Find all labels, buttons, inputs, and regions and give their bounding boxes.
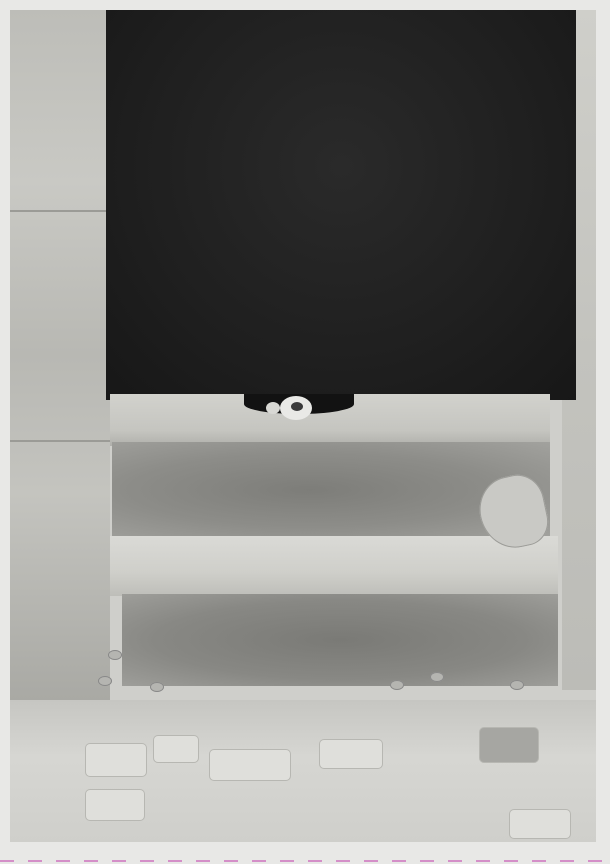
small-plant bbox=[510, 680, 524, 690]
stone-step-lower bbox=[110, 536, 558, 596]
dark-doorway bbox=[106, 10, 576, 400]
cobblestone bbox=[86, 790, 144, 820]
wall-seam bbox=[10, 210, 110, 212]
small-plant bbox=[390, 680, 404, 690]
dog-nose bbox=[291, 402, 303, 411]
cobblestone bbox=[480, 728, 538, 762]
stone-step-riser-lower bbox=[122, 594, 558, 686]
wall-seam bbox=[10, 440, 110, 442]
cobblestone bbox=[210, 750, 290, 780]
small-plant bbox=[98, 676, 112, 686]
small-plant bbox=[108, 650, 122, 660]
cobblestone bbox=[86, 744, 146, 776]
cobblestone bbox=[320, 740, 382, 768]
small-plant bbox=[150, 682, 164, 692]
photograph bbox=[10, 10, 596, 842]
cobblestone bbox=[154, 736, 198, 762]
small-plant bbox=[430, 672, 444, 682]
dog-paw bbox=[266, 402, 280, 414]
cobblestone bbox=[510, 810, 570, 838]
cut-line bbox=[0, 860, 610, 862]
dog-snout bbox=[244, 394, 354, 418]
stone-wall-left bbox=[10, 10, 110, 700]
cobblestone-pavement bbox=[10, 700, 596, 842]
